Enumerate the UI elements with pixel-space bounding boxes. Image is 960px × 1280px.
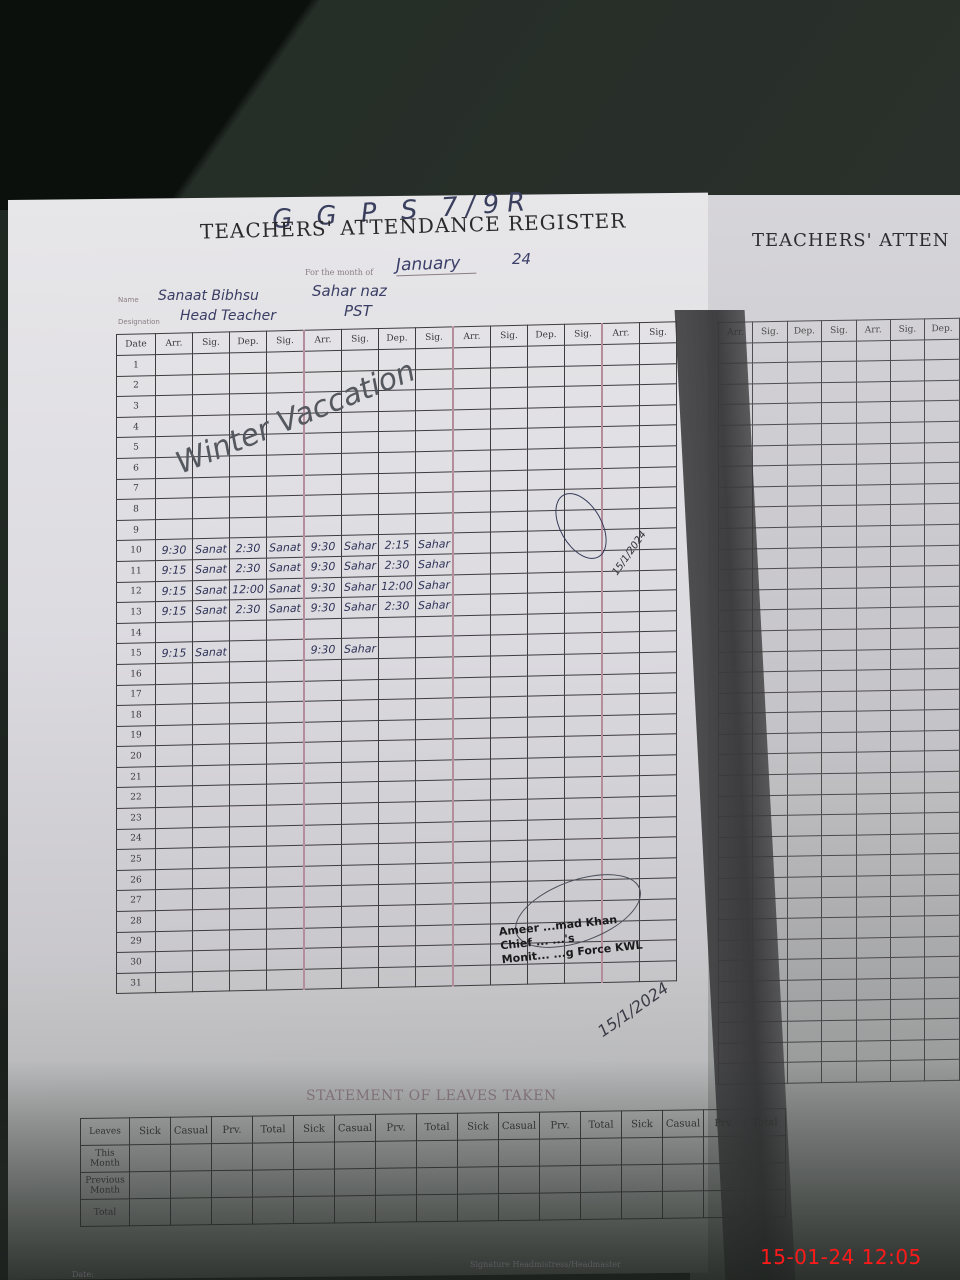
header-sig: Sig. <box>565 323 603 345</box>
attendance-cell: Sanat <box>193 538 230 559</box>
attendance-cell <box>342 926 379 947</box>
header-sig: Sig. <box>491 325 528 347</box>
attendance-cell <box>230 846 267 867</box>
attendance-cell <box>342 885 379 906</box>
attendance-cell <box>304 803 342 824</box>
attendance-cell <box>342 679 379 700</box>
attendance-cell <box>602 632 640 653</box>
attendance-cell <box>528 716 565 737</box>
date-cell: 23 <box>117 808 156 829</box>
attendance-cell <box>528 798 565 819</box>
attendance-cell <box>342 782 379 803</box>
attendance-cell <box>453 594 491 615</box>
handwritten-entry: 2:30 <box>236 603 261 617</box>
attendance-cell: 9:30 <box>304 598 342 619</box>
attendance-cell <box>342 514 379 535</box>
attendance-cell <box>491 408 528 429</box>
right-grid-cell <box>787 918 822 939</box>
attendance-cell: 2:30 <box>230 599 267 620</box>
attendance-cell <box>230 723 267 744</box>
right-grid-cell <box>719 569 753 590</box>
attendance-cell <box>453 944 491 965</box>
attendance-cell <box>304 906 342 927</box>
right-grid-cell <box>890 504 924 525</box>
right-page-grid: Arr.Sig.Dep.Sig.Arr.Sig.Dep. <box>718 318 960 1085</box>
header-arr: Arr. <box>156 333 193 355</box>
attendance-cell <box>304 783 342 804</box>
attendance-cell <box>267 701 305 722</box>
attendance-cell <box>267 907 305 928</box>
right-grid-cell <box>890 978 924 999</box>
right-grid-cell <box>719 363 753 384</box>
attendance-cell <box>193 374 230 395</box>
attendance-cell <box>304 742 342 763</box>
attendance-cell <box>267 351 305 372</box>
right-grid-cell <box>822 382 856 403</box>
teacher-1-name: Sanaat Bibhsu <box>158 288 259 304</box>
attendance-cell <box>602 817 640 838</box>
attendance-cell <box>193 909 230 930</box>
attendance-cell <box>193 950 230 971</box>
attendance-cell <box>230 743 267 764</box>
attendance-cell <box>304 948 342 969</box>
handwritten-entry: Sanat <box>269 561 301 575</box>
attendance-cell <box>602 426 640 447</box>
right-grid-cell <box>925 689 960 710</box>
attendance-cell <box>565 818 603 839</box>
attendance-cell <box>342 967 379 988</box>
right-grid-cell <box>787 547 822 568</box>
attendance-cell <box>230 764 267 785</box>
right-grid-cell <box>890 525 924 546</box>
date-cell: 21 <box>117 766 156 787</box>
handwritten-entry: Sanat <box>269 582 301 596</box>
right-grid-cell <box>856 752 890 773</box>
right-grid-cell <box>753 877 787 898</box>
right-grid-cell <box>787 382 822 403</box>
attendance-cell <box>156 889 193 910</box>
attendance-cell <box>379 431 416 452</box>
attendance-cell <box>491 593 528 614</box>
right-grid-cell <box>822 979 856 1000</box>
attendance-cell <box>640 796 677 817</box>
right-grid-cell <box>925 668 960 689</box>
attendance-cell <box>304 845 342 866</box>
right-grid-cell <box>787 527 822 548</box>
right-grid-cell <box>856 711 890 732</box>
attendance-cell <box>565 695 603 716</box>
right-grid-cell <box>753 610 787 631</box>
right-grid-cell <box>822 691 856 712</box>
attendance-cell <box>156 766 193 787</box>
right-grid-cell: Sig. <box>822 320 856 341</box>
right-grid-cell <box>753 424 787 445</box>
attendance-cell: 2:30 <box>230 558 267 579</box>
attendance-cell <box>156 910 193 931</box>
right-grid-cell <box>753 980 787 1001</box>
right-grid-cell: Dep. <box>925 318 960 339</box>
header-dep: Dep. <box>528 324 565 346</box>
attendance-cell <box>304 680 342 701</box>
header-sig: Sig. <box>267 330 305 352</box>
right-grid-cell <box>753 383 787 404</box>
right-grid-cell <box>925 607 960 628</box>
right-grid-cell <box>822 917 856 938</box>
attendance-cell <box>565 777 603 798</box>
attendance-cell <box>491 717 528 738</box>
attendance-cell <box>602 961 640 982</box>
attendance-cell <box>640 631 677 652</box>
attendance-cell <box>342 453 379 474</box>
right-grid-cell <box>856 402 890 423</box>
attendance-cell <box>565 344 603 365</box>
attendance-cell <box>267 660 305 681</box>
attendance-cell <box>342 906 379 927</box>
attendance-cell <box>379 740 416 761</box>
attendance-cell <box>379 905 416 926</box>
attendance-cell <box>416 368 454 389</box>
attendance-cell <box>640 775 677 796</box>
attendance-cell <box>156 519 193 540</box>
right-grid-cell <box>890 607 924 628</box>
attendance-cell <box>230 373 267 394</box>
right-grid-cell <box>787 506 822 527</box>
right-grid-cell <box>890 648 924 669</box>
right-grid-cell <box>787 444 822 465</box>
right-grid-cell <box>753 404 787 425</box>
attendance-cell <box>416 760 454 781</box>
attendance-cell: Sahar <box>342 638 379 659</box>
attendance-cell <box>230 682 267 703</box>
attendance-cell <box>193 971 230 992</box>
attendance-cell <box>602 591 640 612</box>
attendance-cell: 9:15 <box>156 580 193 601</box>
right-grid-cell <box>787 939 822 960</box>
right-grid-cell <box>925 504 960 525</box>
right-grid-cell <box>890 731 924 752</box>
attendance-cell <box>565 798 603 819</box>
attendance-cell <box>304 700 342 721</box>
header-arr: Arr. <box>602 323 640 345</box>
attendance-cell <box>379 719 416 740</box>
date-cell: 19 <box>117 725 156 746</box>
attendance-cell <box>416 863 454 884</box>
handwritten-entry: 9:30 <box>311 560 336 574</box>
attendance-cell <box>453 512 491 533</box>
attendance-cell <box>416 636 454 657</box>
attendance-cell <box>230 929 267 950</box>
right-grid-cell <box>719 466 753 487</box>
right-grid-cell <box>856 361 890 382</box>
attendance-cell <box>193 703 230 724</box>
attendance-cell <box>267 763 305 784</box>
right-grid-cell <box>890 957 924 978</box>
attendance-cell <box>156 848 193 869</box>
right-grid-cell <box>822 423 856 444</box>
right-grid-cell <box>925 1018 960 1039</box>
attendance-cell <box>453 368 491 389</box>
right-grid-cell <box>753 342 787 363</box>
attendance-cell <box>304 762 342 783</box>
attendance-cell <box>491 696 528 717</box>
attendance-cell <box>640 590 677 611</box>
right-grid-cell <box>925 442 960 463</box>
attendance-cell <box>379 802 416 823</box>
handwritten-entry: 9:30 <box>311 540 336 554</box>
right-grid-cell <box>753 754 787 775</box>
date-cell: 18 <box>117 705 156 726</box>
attendance-cell <box>640 713 677 734</box>
date-cell: 3 <box>117 396 156 417</box>
attendance-cell <box>304 515 342 536</box>
right-grid-cell <box>925 936 960 957</box>
attendance-cell <box>640 919 677 940</box>
attendance-cell <box>491 346 528 367</box>
attendance-cell: 12:00 <box>230 579 267 600</box>
attendance-cell: Sanat <box>193 579 230 600</box>
handwritten-entry: Sahar <box>344 601 376 615</box>
attendance-cell <box>565 736 603 757</box>
attendance-cell <box>342 720 379 741</box>
attendance-cell <box>230 661 267 682</box>
attendance-cell <box>491 532 528 553</box>
right-grid-cell <box>753 507 787 528</box>
right-grid-cell <box>925 401 960 422</box>
right-grid-cell <box>719 672 753 693</box>
right-grid-cell <box>925 339 960 360</box>
right-grid-cell <box>719 754 753 775</box>
attendance-cell <box>491 882 528 903</box>
right-grid-cell <box>822 938 856 959</box>
attendance-cell <box>416 822 454 843</box>
footer-date-label: Date: <box>72 1270 94 1279</box>
attendance-cell <box>193 394 230 415</box>
right-grid-cell <box>925 998 960 1019</box>
attendance-cell <box>640 425 677 446</box>
right-grid-cell <box>925 916 960 937</box>
attendance-cell <box>565 427 603 448</box>
attendance-cell <box>193 868 230 889</box>
attendance-cell <box>267 454 305 475</box>
right-grid-cell <box>925 483 960 504</box>
right-grid-cell <box>856 999 890 1020</box>
attendance-cell <box>156 930 193 951</box>
attendance-cell <box>379 884 416 905</box>
right-grid-cell <box>787 836 822 857</box>
attendance-cell <box>453 450 491 471</box>
right-grid-cell <box>753 939 787 960</box>
attendance-cell <box>528 572 565 593</box>
attendance-cell <box>379 843 416 864</box>
attendance-cell <box>230 826 267 847</box>
attendance-cell <box>528 840 565 861</box>
handwritten-entry: 2:30 <box>236 562 261 576</box>
attendance-cell <box>156 416 193 437</box>
date-cell: 24 <box>117 828 156 849</box>
attendance-cell <box>491 552 528 573</box>
attendance-cell <box>156 951 193 972</box>
attendance-cell <box>453 409 491 430</box>
right-grid-cell <box>822 547 856 568</box>
attendance-cell <box>267 516 305 537</box>
right-grid-cell <box>925 792 960 813</box>
attendance-cell <box>640 816 677 837</box>
right-grid-cell <box>822 856 856 877</box>
right-grid-cell <box>925 874 960 895</box>
attendance-cell: Sanat <box>267 578 305 599</box>
date-cell: 10 <box>117 540 156 561</box>
attendance-cell <box>156 374 193 395</box>
attendance-cell <box>453 553 491 574</box>
attendance-cell <box>565 571 603 592</box>
attendance-cell <box>528 531 565 552</box>
attendance-cell: Sahar <box>416 595 454 616</box>
attendance-cell: Sahar <box>342 576 379 597</box>
right-grid-cell <box>856 876 890 897</box>
attendance-cell <box>267 743 305 764</box>
right-grid-cell <box>890 937 924 958</box>
handwritten-entry: Sahar <box>344 559 376 573</box>
right-grid-cell <box>856 505 890 526</box>
handwritten-entry: Sanat <box>195 583 227 597</box>
attendance-cell <box>602 467 640 488</box>
attendance-cell <box>528 778 565 799</box>
date-cell: 22 <box>117 787 156 808</box>
right-grid-cell <box>890 834 924 855</box>
attendance-cell: Sanat <box>193 641 230 662</box>
attendance-cell <box>602 385 640 406</box>
date-cell: 7 <box>117 478 156 499</box>
attendance-cell <box>602 797 640 818</box>
attendance-cell <box>193 353 230 374</box>
attendance-cell <box>491 573 528 594</box>
attendance-cell: Sahar <box>342 597 379 618</box>
attendance-cell <box>528 860 565 881</box>
attendance-cell <box>304 350 342 371</box>
handwritten-entry: 9:30 <box>162 543 187 557</box>
attendance-cell <box>640 734 677 755</box>
attendance-cell <box>640 466 677 487</box>
right-grid-cell <box>890 669 924 690</box>
right-grid-cell <box>719 816 753 837</box>
teacher-1-designation: Head Teacher <box>180 308 276 324</box>
right-grid-cell <box>856 690 890 711</box>
attendance-cell <box>304 474 342 495</box>
right-grid-cell <box>822 670 856 691</box>
header-sig: Sig. <box>416 327 454 349</box>
attendance-cell <box>565 386 603 407</box>
attendance-cell <box>156 621 193 642</box>
date-cell: 4 <box>117 416 156 437</box>
right-grid-cell <box>787 424 822 445</box>
right-grid-cell <box>787 609 822 630</box>
right-grid-cell: Dep. <box>787 321 822 342</box>
attendance-cell <box>193 518 230 539</box>
attendance-cell <box>416 739 454 760</box>
attendance-cell <box>640 755 677 776</box>
right-grid-cell <box>890 463 924 484</box>
attendance-cell <box>453 677 491 698</box>
attendance-cell <box>491 429 528 450</box>
right-grid-cell <box>822 505 856 526</box>
right-grid-cell <box>787 959 822 980</box>
attendance-cell: 2:30 <box>230 537 267 558</box>
right-grid-cell <box>822 485 856 506</box>
attendance-cell <box>416 513 454 534</box>
attendance-cell <box>453 924 491 945</box>
right-grid-cell <box>753 651 787 672</box>
right-grid-cell <box>856 340 890 361</box>
right-grid-cell <box>753 774 787 795</box>
attendance-cell <box>230 640 267 661</box>
right-grid-cell <box>719 610 753 631</box>
attendance-cell <box>379 822 416 843</box>
attendance-cell <box>230 949 267 970</box>
right-grid-cell <box>822 958 856 979</box>
right-grid-cell <box>890 854 924 875</box>
attendance-cell <box>640 837 677 858</box>
attendance-cell <box>453 965 491 986</box>
right-grid-cell <box>719 507 753 528</box>
right-grid-cell <box>856 546 890 567</box>
date-cell: 26 <box>117 869 156 890</box>
attendance-cell <box>602 488 640 509</box>
attendance-cell <box>602 755 640 776</box>
attendance-cell <box>453 903 491 924</box>
attendance-cell <box>528 819 565 840</box>
attendance-cell: Sahar <box>416 533 454 554</box>
right-grid-cell <box>822 732 856 753</box>
attendance-cell <box>528 675 565 696</box>
right-grid-cell <box>890 422 924 443</box>
header-sig: Sig. <box>193 332 230 354</box>
attendance-cell <box>416 616 454 637</box>
right-grid-cell <box>856 525 890 546</box>
date-cell: 5 <box>117 437 156 458</box>
attendance-cell <box>491 737 528 758</box>
attendance-cell <box>156 663 193 684</box>
handwritten-entry: 9:30 <box>311 581 336 595</box>
right-grid-cell <box>719 384 753 405</box>
background-surface <box>0 0 960 210</box>
attendance-cell <box>565 468 603 489</box>
handwritten-entry: 9:15 <box>162 646 187 660</box>
attendance-cell <box>416 780 454 801</box>
attendance-cell <box>565 674 603 695</box>
attendance-cell <box>193 621 230 642</box>
attendance-cell <box>267 845 305 866</box>
right-grid-cell <box>856 464 890 485</box>
right-grid-cell <box>822 897 856 918</box>
handwritten-entry: 9:15 <box>162 564 187 578</box>
attendance-cell <box>640 693 677 714</box>
attendance-cell <box>491 758 528 779</box>
right-grid-cell <box>890 1019 924 1040</box>
right-grid-cell <box>856 814 890 835</box>
right-grid-cell: Sig. <box>753 321 787 342</box>
attendance-cell <box>342 432 379 453</box>
right-grid-cell <box>890 1040 924 1061</box>
attendance-cell <box>304 495 342 516</box>
attendance-cell <box>379 513 416 534</box>
right-grid-cell <box>890 442 924 463</box>
right-grid-cell <box>787 856 822 877</box>
attendance-cell <box>230 888 267 909</box>
right-grid-cell <box>787 485 822 506</box>
right-grid-cell <box>753 548 787 569</box>
date-cell: 12 <box>117 581 156 602</box>
right-grid-cell <box>753 795 787 816</box>
